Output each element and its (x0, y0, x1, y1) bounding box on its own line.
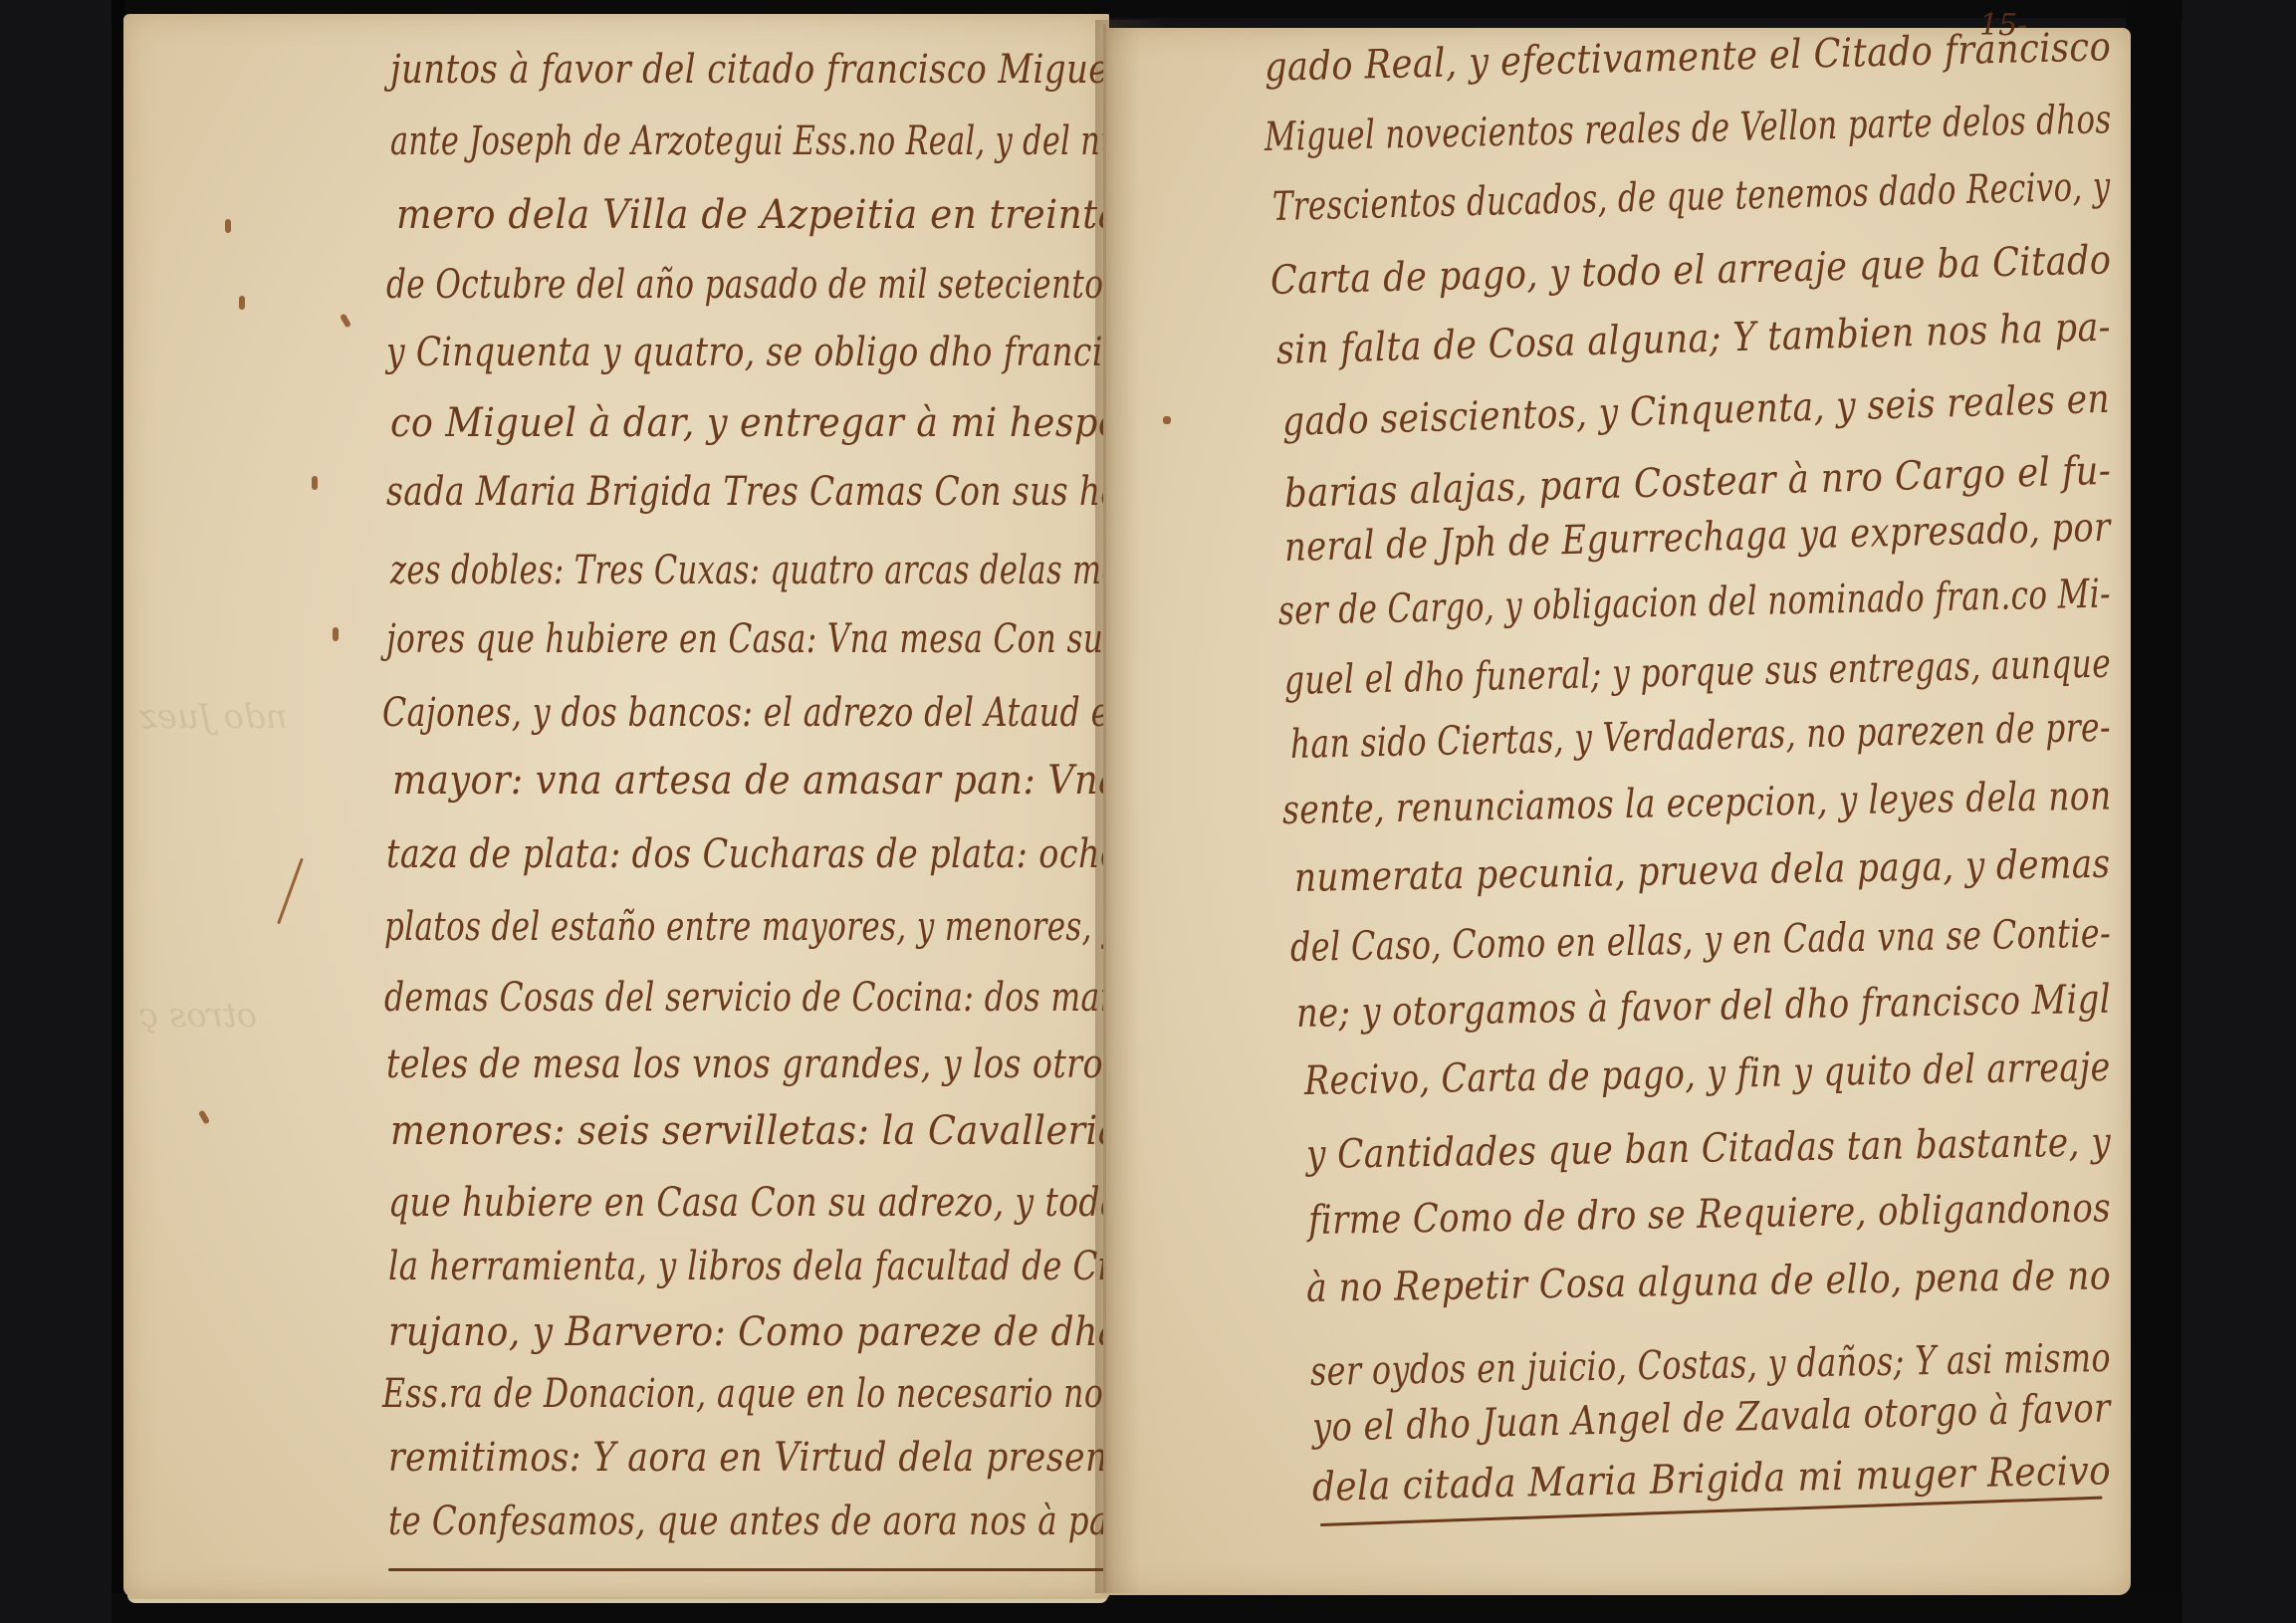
left-page-line: co Miguel à dar, y entregar à mi hespo (390, 403, 1120, 443)
left-page-line: jores que hubiere en Casa: Vna mesa Con … (386, 619, 1120, 659)
left-page-line: de Octubre del año pasado de mil setecie… (386, 265, 1120, 305)
left-page-line: sada Maria Brigida Tres Camas Con sus ha (386, 472, 1121, 512)
left-page-line: menores: seis servilletas: la Cavalleria (390, 1111, 1120, 1151)
left-page-line: te Confesamos, que antes de aora nos à p… (388, 1502, 1120, 1541)
left-page (123, 14, 1109, 1597)
book-gutter-shadow (1095, 20, 1170, 1593)
right-page-line: firme Como de dro se Requiere, obligando… (1308, 1188, 2112, 1241)
right-page-line: à no Repetir Cosa alguna de ello, pena d… (1306, 1256, 2112, 1308)
bleed-through-text: ndo Juez (139, 697, 288, 737)
left-page-line: que hubiere en Casa Con su adrezo, y tod… (388, 1183, 1120, 1223)
left-page-line: Cajones, y dos bancos: el adrezo del Ata… (382, 693, 1120, 733)
left-page-line: y Cinquenta y quatro, se obligo dho fran… (386, 333, 1120, 372)
left-page-closing-rule (388, 1568, 1110, 1571)
left-page-line: taza de plata: dos Cucharas de plata: oc… (386, 834, 1120, 874)
margin-ink-spot (1163, 416, 1171, 424)
book-spine-fold (1103, 24, 1106, 1592)
open-manuscript-book: ndo Juez otros ç juntos à favor del cita… (0, 0, 2296, 1623)
left-page-line: zes dobles: Tres Cuxas: quatro arcas del… (390, 551, 1120, 590)
background-right-edge (2126, 0, 2181, 1623)
left-page-line: mero dela Villa de Azpeitia en treinta (396, 195, 1120, 235)
margin-ink-spot (312, 476, 318, 490)
margin-ink-spot (239, 296, 245, 310)
left-page-line: mayor: vna artesa de amasar pan: Vna (392, 761, 1120, 801)
left-page-line: remitimos: Y aora en Virtud dela presen- (388, 1438, 1120, 1478)
left-page-line: Ess.ra de Donacion, aque en lo necesario… (382, 1374, 1120, 1414)
left-page-line: demas Cosas del servicio de Cocina: dos … (384, 978, 1120, 1018)
margin-ink-spot (333, 627, 339, 641)
margin-ink-spot (225, 219, 231, 233)
left-page-line: juntos à favor del citado francisco Migu… (390, 50, 1120, 90)
left-page-line: ante Joseph de Arzotegui Ess.no Real, y … (390, 121, 1120, 161)
left-page-line: rujano, y Barvero: Como pareze de dha (388, 1312, 1120, 1352)
bleed-through-text: otros ç (139, 996, 257, 1036)
left-page-line: teles de mesa los vnos grandes, y los ot… (386, 1044, 1120, 1084)
left-page-line: platos del estaño entre mayores, y menor… (384, 907, 1120, 947)
right-page-line: y Cantidades que ban Citadas tan bastant… (1306, 1122, 2112, 1175)
left-page-line: la herramienta, y libros dela facultad d… (388, 1247, 1120, 1286)
